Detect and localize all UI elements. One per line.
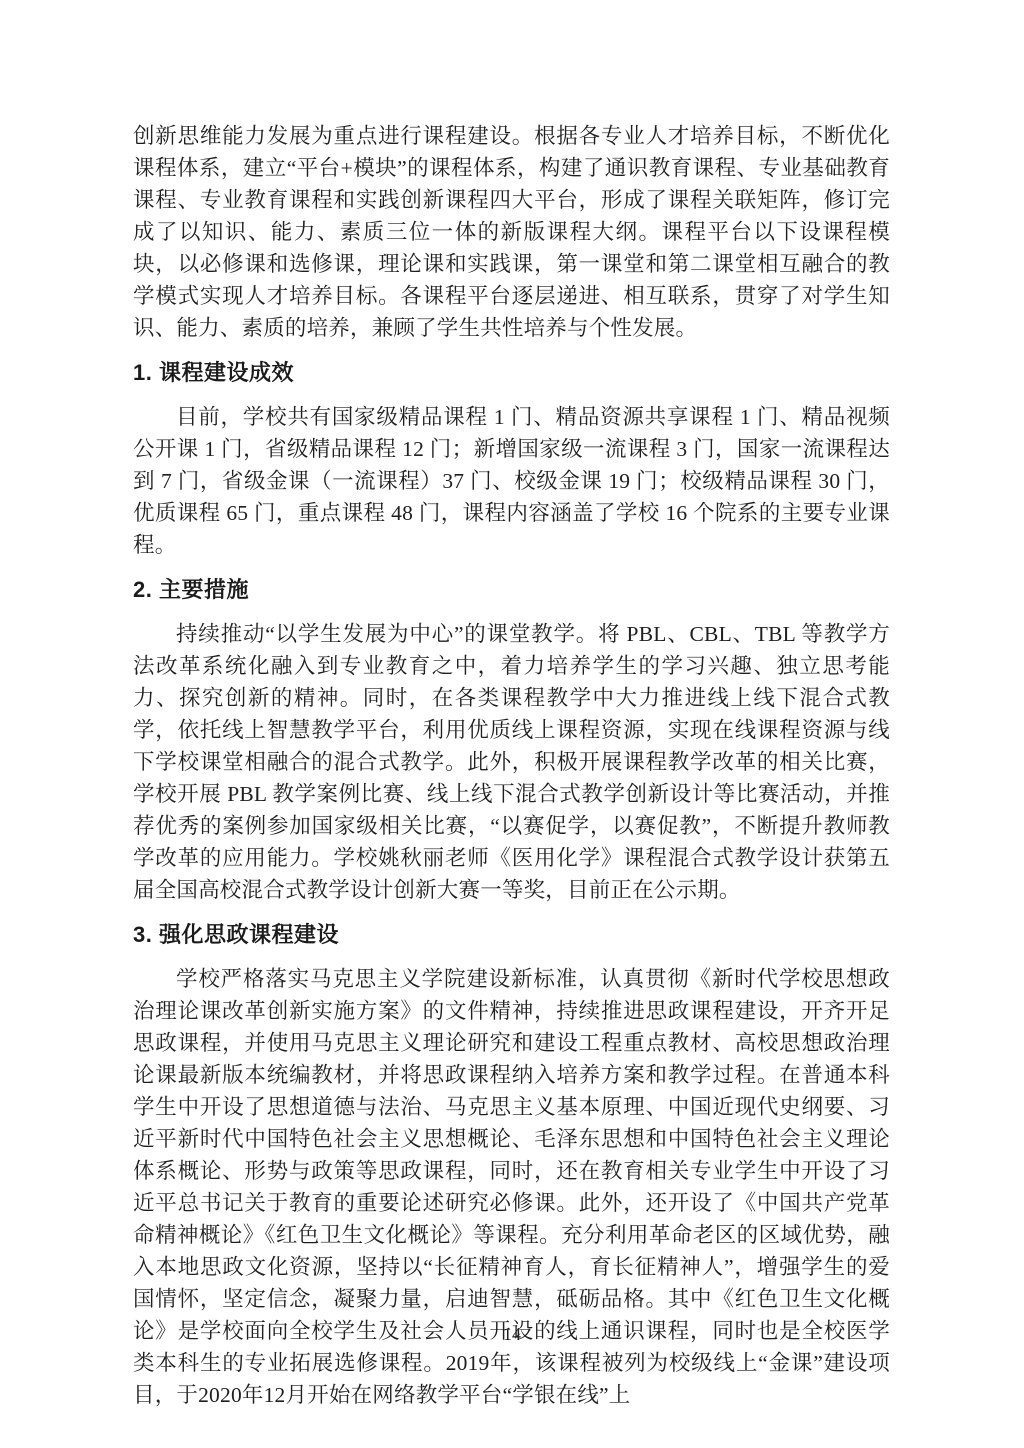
section-paragraph-course-achievements: 目前，学校共有国家级精品课程 1 门、精品资源共享课程 1 门、精品视频公开课 …	[133, 401, 890, 561]
page-number: 14	[0, 1322, 1024, 1346]
section-heading-ideological-courses: 3. 强化思政课程建设	[133, 919, 890, 951]
section-heading-course-achievements: 1. 课程建设成效	[133, 357, 890, 389]
document-page: 创新思维能力发展为重点进行课程建设。根据各专业人才培养目标，不断优化课程体系，建…	[133, 0, 890, 1411]
section-paragraph-main-measures: 持续推动“以学生发展为中心”的课堂教学。将 PBL、CBL、TBL 等教学方法改…	[133, 618, 890, 906]
intro-paragraph: 创新思维能力发展为重点进行课程建设。根据各专业人才培养目标，不断优化课程体系，建…	[133, 120, 890, 344]
section-heading-main-measures: 2. 主要措施	[133, 574, 890, 606]
